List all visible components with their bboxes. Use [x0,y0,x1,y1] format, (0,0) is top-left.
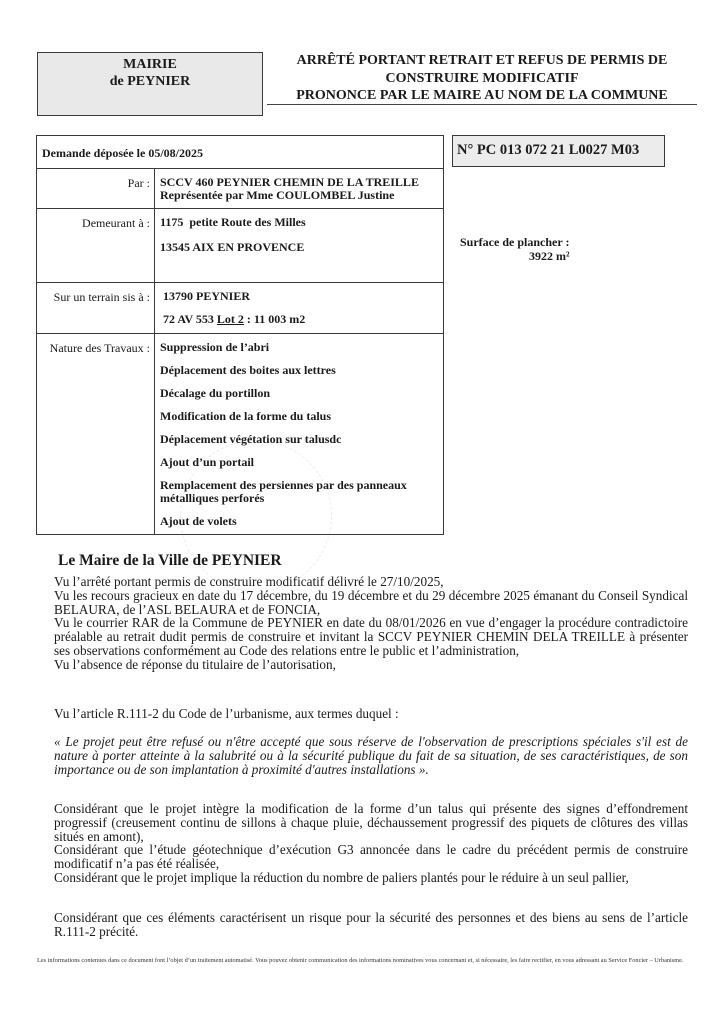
permit-details-table: Demande déposée le 05/08/2025 Par : SCCV… [36,135,444,535]
nature-list: Suppression de l’abri Déplacement des bo… [155,334,444,535]
demeurant-label: Demeurant à : [37,209,155,283]
terrain-label: Sur un terrain sis à : [37,283,155,334]
terrain-parcel: 72 AV 553 Lot 2 : 11 003 m2 [163,313,443,326]
mairie-commune: de PEYNIER [38,73,262,90]
mairie-header-box: MAIRIE de PEYNIER [37,52,263,116]
nature-item: Ajout d’un portail [160,456,443,469]
demeurant-value: 1175 petite Route des Milles 13545 AIX E… [155,209,444,283]
surface-plancher: Surface de plancher : 3922 m² [460,236,570,263]
footer-notice: Les informations contenues dans ce docum… [37,957,687,965]
parcel-lot: Lot 2 [217,312,244,326]
nature-item: Déplacement des boites aux lettres [160,364,443,377]
demande-date: Demande déposée le 05/08/2025 [37,136,444,169]
nature-label: Nature des Travaux : [37,334,155,535]
terrain-commune: 13790 PEYNIER [163,290,443,303]
considerant-paragraph: Considérant que le projet intègre la mod… [54,802,688,885]
considerant-etude: Considérant que l’étude géotechnique d’e… [54,843,688,871]
document-title: ARRÊTÉ PORTANT RETRAIT ET REFUS DE PERMI… [268,52,696,105]
terrain-value: 13790 PEYNIER 72 AV 553 Lot 2 : 11 003 m… [155,283,444,334]
title-underline [267,104,697,105]
vu-article: Vu l’article R.111-2 du Code de l’urbani… [54,707,688,721]
maire-heading: Le Maire de la Ville de PEYNIER [58,552,282,570]
mairie-label: MAIRIE [38,56,262,73]
parcel-area: : 11 003 m2 [244,312,305,326]
address-city: 13545 AIX EN PROVENCE [160,241,443,254]
considerant-final: Considérant que ces éléments caractérise… [54,911,688,939]
row-demande: Demande déposée le 05/08/2025 [37,136,444,169]
nature-item: Ajout de volets [160,515,443,528]
row-par: Par : SCCV 460 PEYNIER CHEMIN DE LA TREI… [37,169,444,209]
address-street: 1175 petite Route des Milles [160,216,443,229]
row-demeurant: Demeurant à : 1175 petite Route des Mill… [37,209,444,283]
vu-arrete: Vu l’arrêté portant permis de construire… [54,575,688,589]
considerant-talus: Considérant que le projet intègre la mod… [54,802,688,843]
nature-item: Remplacement des persiennes par des pann… [160,479,443,505]
considerant-paliers: Considérant que le projet implique la ré… [54,871,688,885]
vu-absence: Vu l’absence de réponse du titulaire de … [54,658,688,672]
vu-courrier: Vu le courrier RAR de la Commune de PEYN… [54,616,688,657]
vu-paragraph: Vu l’arrêté portant permis de construire… [54,575,688,672]
surface-label: Surface de plancher : [460,236,570,250]
nature-item: Déplacement végétation sur talusdc [160,433,443,446]
par-value: SCCV 460 PEYNIER CHEMIN DE LA TREILLE Re… [155,169,444,209]
permit-number-box: N° PC 013 072 21 L0027 M03 [452,135,665,167]
title-line-1: ARRÊTÉ PORTANT RETRAIT ET REFUS DE PERMI… [268,52,696,70]
title-line-3: PRONONCE PAR LE MAIRE AU NOM DE LA COMMU… [268,87,696,105]
nature-item: Suppression de l’abri [160,341,443,354]
article-quote: « Le projet peut être refusé ou n'être a… [54,735,688,776]
nature-item: Décalage du portillon [160,387,443,400]
title-line-2: CONSTRUIRE MODIFICATIF [268,70,696,88]
row-terrain: Sur un terrain sis à : 13790 PEYNIER 72 … [37,283,444,334]
nature-item: Modification de la forme du talus [160,410,443,423]
row-nature: Nature des Travaux : Suppression de l’ab… [37,334,444,535]
parcel-ref: 72 AV 553 [163,312,214,326]
vu-recours: Vu les recours gracieux en date du 17 dé… [54,589,688,617]
applicant-representative: Représentée par Mme COULOMBEL Justine [160,189,443,202]
par-label: Par : [37,169,155,209]
surface-value: 3922 m² [460,250,570,264]
